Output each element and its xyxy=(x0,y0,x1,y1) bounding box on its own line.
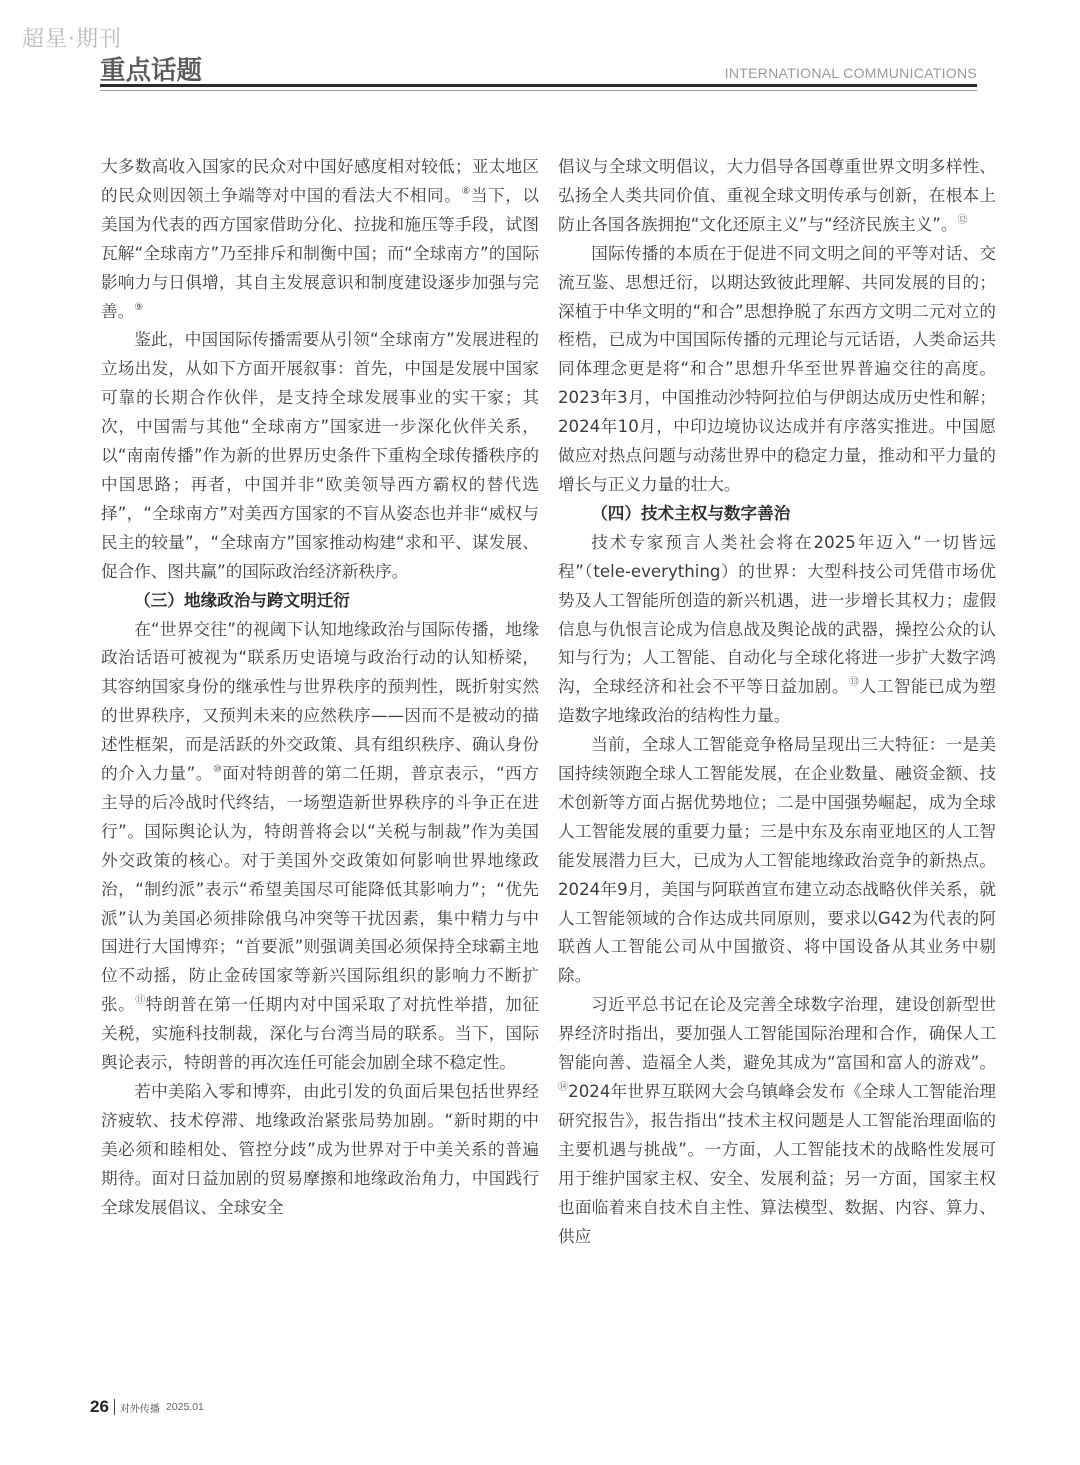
journal-name: 对外传播 xyxy=(120,1400,160,1415)
subsection-heading: （三）地缘政治与跨文明迁衍 xyxy=(101,587,539,616)
footnote-marker: ⑭ xyxy=(558,1082,568,1093)
left-column: 大多数高收入国家的民众对中国好感度相对较低；亚太地区的民众则因领土争端等对中国的… xyxy=(101,153,539,1223)
paragraph: 鉴此，中国国际传播需要从引领“全球南方”发展进程的立场出发，从如下方面开展叙事：… xyxy=(101,326,539,586)
header-rule-thin xyxy=(100,90,977,91)
footnote-marker: ⑨ xyxy=(134,302,143,313)
right-column: 倡议与全球文明倡议，大力倡导各国尊重世界文明多样性、弘扬全人类共同价值、重视全球… xyxy=(558,153,996,1251)
paragraph: 技术专家预言人类社会将在2025年迈入“一切皆远程”（tele-everythi… xyxy=(558,529,996,731)
watermark: 超星·期刊 xyxy=(22,22,122,53)
footnote-marker: ⑬ xyxy=(849,677,860,688)
paragraph: 当前，全球人工智能竞争格局呈现出三大特征：一是美国持续领跑全球人工智能发展，在企… xyxy=(558,731,996,991)
paragraph: 若中美陷入零和博弈，由此引发的负面后果包括世界经济疲软、技术停滞、地缘政治紧张局… xyxy=(101,1078,539,1223)
footnote-marker: ⑫ xyxy=(957,215,967,226)
section-title: 重点话题 xyxy=(100,50,202,87)
journal-english-title: INTERNATIONAL COMMUNICATIONS xyxy=(725,65,977,81)
footnote-marker: ⑪ xyxy=(135,995,146,1006)
footnote-marker: ⑧ xyxy=(461,186,471,197)
paragraph: 在“世界交往”的视阈下认知地缘政治与国际传播，地缘政治话语可被视为“联系历史语境… xyxy=(101,616,539,1079)
paragraph: 国际传播的本质在于促进不同文明之间的平等对话、交流互鉴、思想迁衍，以期达致彼此理… xyxy=(558,240,996,500)
page-footer: 26 对外传播 2025.01 xyxy=(90,1397,204,1417)
paragraph: 习近平总书记在论及完善全球数字治理，建设创新型世界经济时指出，要加强人工智能国际… xyxy=(558,991,996,1251)
issue-number: 2025.01 xyxy=(166,1401,204,1413)
footer-divider xyxy=(114,1399,115,1415)
subsection-heading: （四）技术主权与数字善治 xyxy=(558,500,996,529)
paragraph: 倡议与全球文明倡议，大力倡导各国尊重世界文明多样性、弘扬全人类共同价值、重视全球… xyxy=(558,153,996,240)
footnote-marker: ⑩ xyxy=(213,764,223,775)
header-rule-thick xyxy=(100,84,977,87)
paragraph: 大多数高收入国家的民众对中国好感度相对较低；亚太地区的民众则因领土争端等对中国的… xyxy=(101,153,539,326)
page-number: 26 xyxy=(90,1397,109,1417)
